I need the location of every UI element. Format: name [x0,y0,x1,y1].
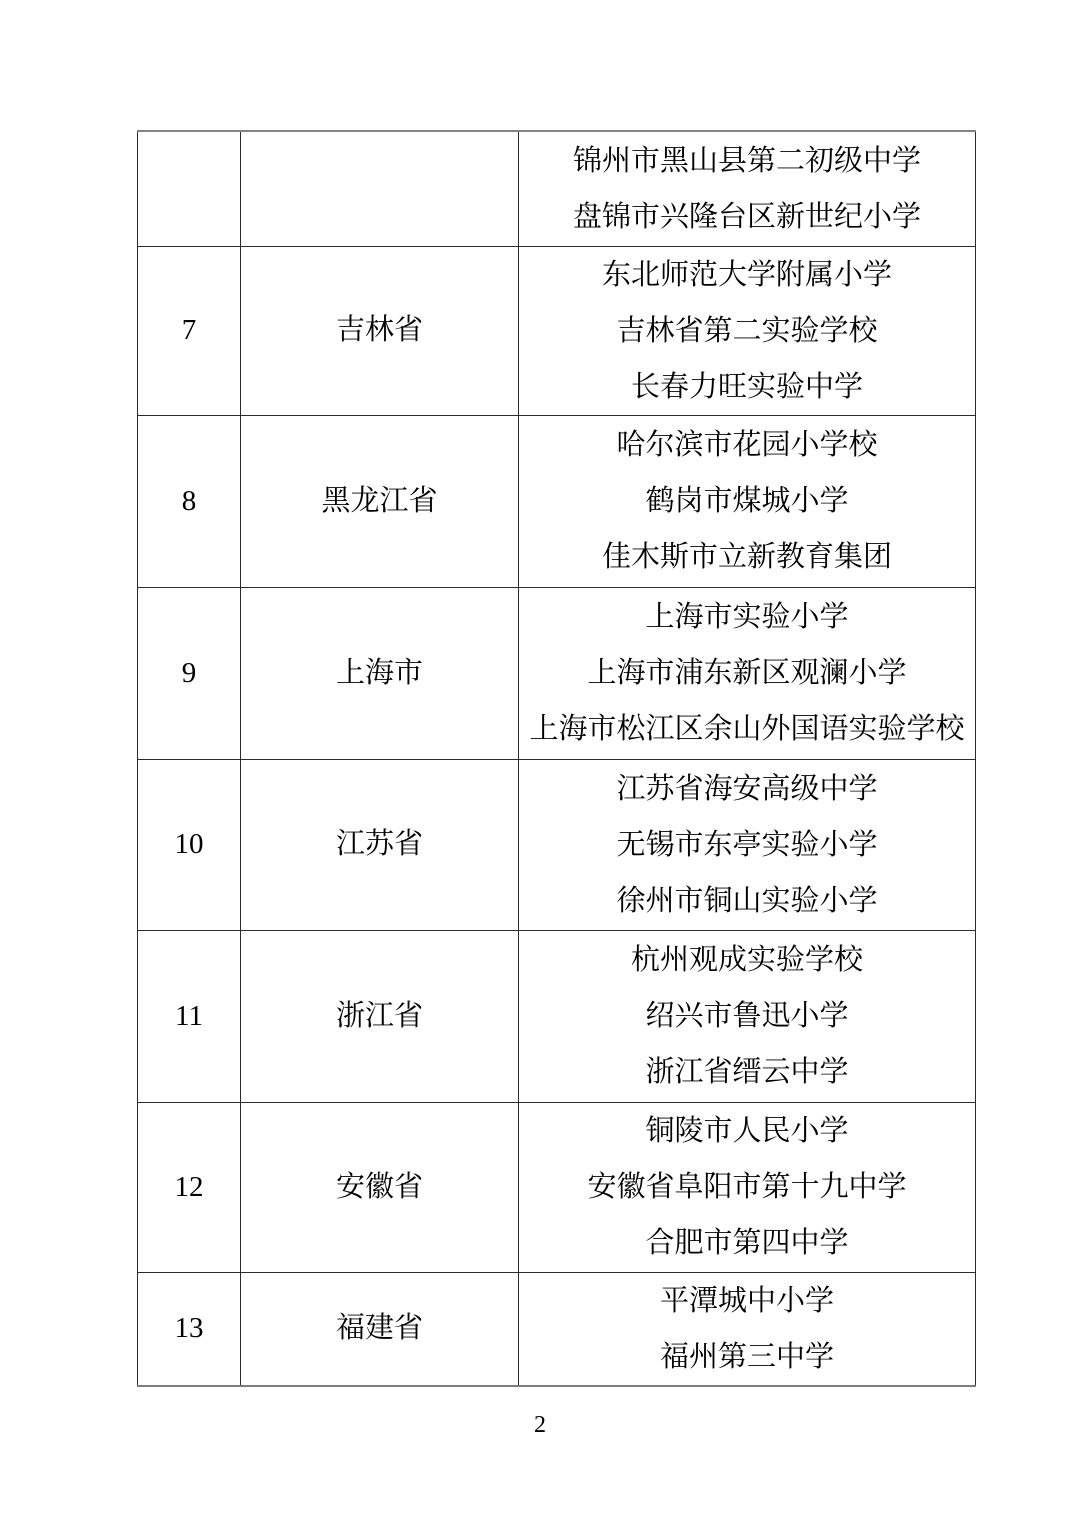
row-number-cell [138,131,241,246]
school-name: 平潭城中小学 [519,1273,975,1329]
school-name: 锦州市黑山县第二初级中学 [519,133,975,189]
schools-table: 锦州市黑山县第二初级中学盘锦市兴隆台区新世纪小学7吉林省东北师范大学附属小学吉林… [137,130,976,1387]
table-row: 8黑龙江省哈尔滨市花园小学校鹤岗市煤城小学佳木斯市立新教育集团 [138,415,976,587]
province-cell: 黑龙江省 [241,415,519,587]
schools-cell: 哈尔滨市花园小学校鹤岗市煤城小学佳木斯市立新教育集团 [519,415,976,587]
document-page: 锦州市黑山县第二初级中学盘锦市兴隆台区新世纪小学7吉林省东北师范大学附属小学吉林… [0,0,1080,1527]
schools-cell: 锦州市黑山县第二初级中学盘锦市兴隆台区新世纪小学 [519,131,976,246]
school-name: 江苏省海安高级中学 [519,761,975,817]
province-cell: 福建省 [241,1272,519,1386]
school-name: 上海市实验小学 [519,589,975,645]
row-number-cell: 13 [138,1272,241,1386]
school-name: 合肥市第四中学 [519,1215,975,1271]
schools-cell: 上海市实验小学上海市浦东新区观澜小学上海市松江区余山外国语实验学校 [519,587,976,759]
school-name: 绍兴市鲁迅小学 [519,988,975,1044]
table-row: 9上海市上海市实验小学上海市浦东新区观澜小学上海市松江区余山外国语实验学校 [138,587,976,759]
province-cell: 安徽省 [241,1102,519,1272]
school-name: 哈尔滨市花园小学校 [519,417,975,473]
schools-cell: 平潭城中小学福州第三中学 [519,1272,976,1386]
row-number-cell: 11 [138,930,241,1102]
school-name: 长春力旺实验中学 [519,359,975,415]
row-number-cell: 7 [138,246,241,415]
school-name: 上海市浦东新区观澜小学 [519,645,975,701]
row-number-cell: 9 [138,587,241,759]
school-name: 安徽省阜阳市第十九中学 [519,1159,975,1215]
school-name: 浙江省缙云中学 [519,1044,975,1100]
province-cell: 上海市 [241,587,519,759]
table-row: 10江苏省江苏省海安高级中学无锡市东亭实验小学徐州市铜山实验小学 [138,759,976,930]
schools-cell: 东北师范大学附属小学吉林省第二实验学校长春力旺实验中学 [519,246,976,415]
school-name: 鹤岗市煤城小学 [519,473,975,529]
province-cell: 江苏省 [241,759,519,930]
school-name: 盘锦市兴隆台区新世纪小学 [519,189,975,245]
school-name: 无锡市东亭实验小学 [519,817,975,873]
schools-cell: 铜陵市人民小学安徽省阜阳市第十九中学合肥市第四中学 [519,1102,976,1272]
table-row: 13福建省平潭城中小学福州第三中学 [138,1272,976,1386]
page-number: 2 [0,1412,1080,1439]
school-name: 吉林省第二实验学校 [519,303,975,359]
table-row: 12安徽省铜陵市人民小学安徽省阜阳市第十九中学合肥市第四中学 [138,1102,976,1272]
table-row: 锦州市黑山县第二初级中学盘锦市兴隆台区新世纪小学 [138,131,976,246]
school-name: 上海市松江区余山外国语实验学校 [519,701,975,757]
province-cell: 吉林省 [241,246,519,415]
schools-cell: 江苏省海安高级中学无锡市东亭实验小学徐州市铜山实验小学 [519,759,976,930]
school-name: 佳木斯市立新教育集团 [519,529,975,585]
school-name: 东北师范大学附属小学 [519,247,975,303]
school-name: 徐州市铜山实验小学 [519,873,975,929]
table-row: 11浙江省杭州观成实验学校绍兴市鲁迅小学浙江省缙云中学 [138,930,976,1102]
school-name: 福州第三中学 [519,1329,975,1385]
school-name: 杭州观成实验学校 [519,932,975,988]
table-row: 7吉林省东北师范大学附属小学吉林省第二实验学校长春力旺实验中学 [138,246,976,415]
province-cell: 浙江省 [241,930,519,1102]
schools-cell: 杭州观成实验学校绍兴市鲁迅小学浙江省缙云中学 [519,930,976,1102]
school-name: 铜陵市人民小学 [519,1103,975,1159]
row-number-cell: 8 [138,415,241,587]
province-cell [241,131,519,246]
schools-table-body: 锦州市黑山县第二初级中学盘锦市兴隆台区新世纪小学7吉林省东北师范大学附属小学吉林… [138,131,976,1386]
row-number-cell: 10 [138,759,241,930]
row-number-cell: 12 [138,1102,241,1272]
